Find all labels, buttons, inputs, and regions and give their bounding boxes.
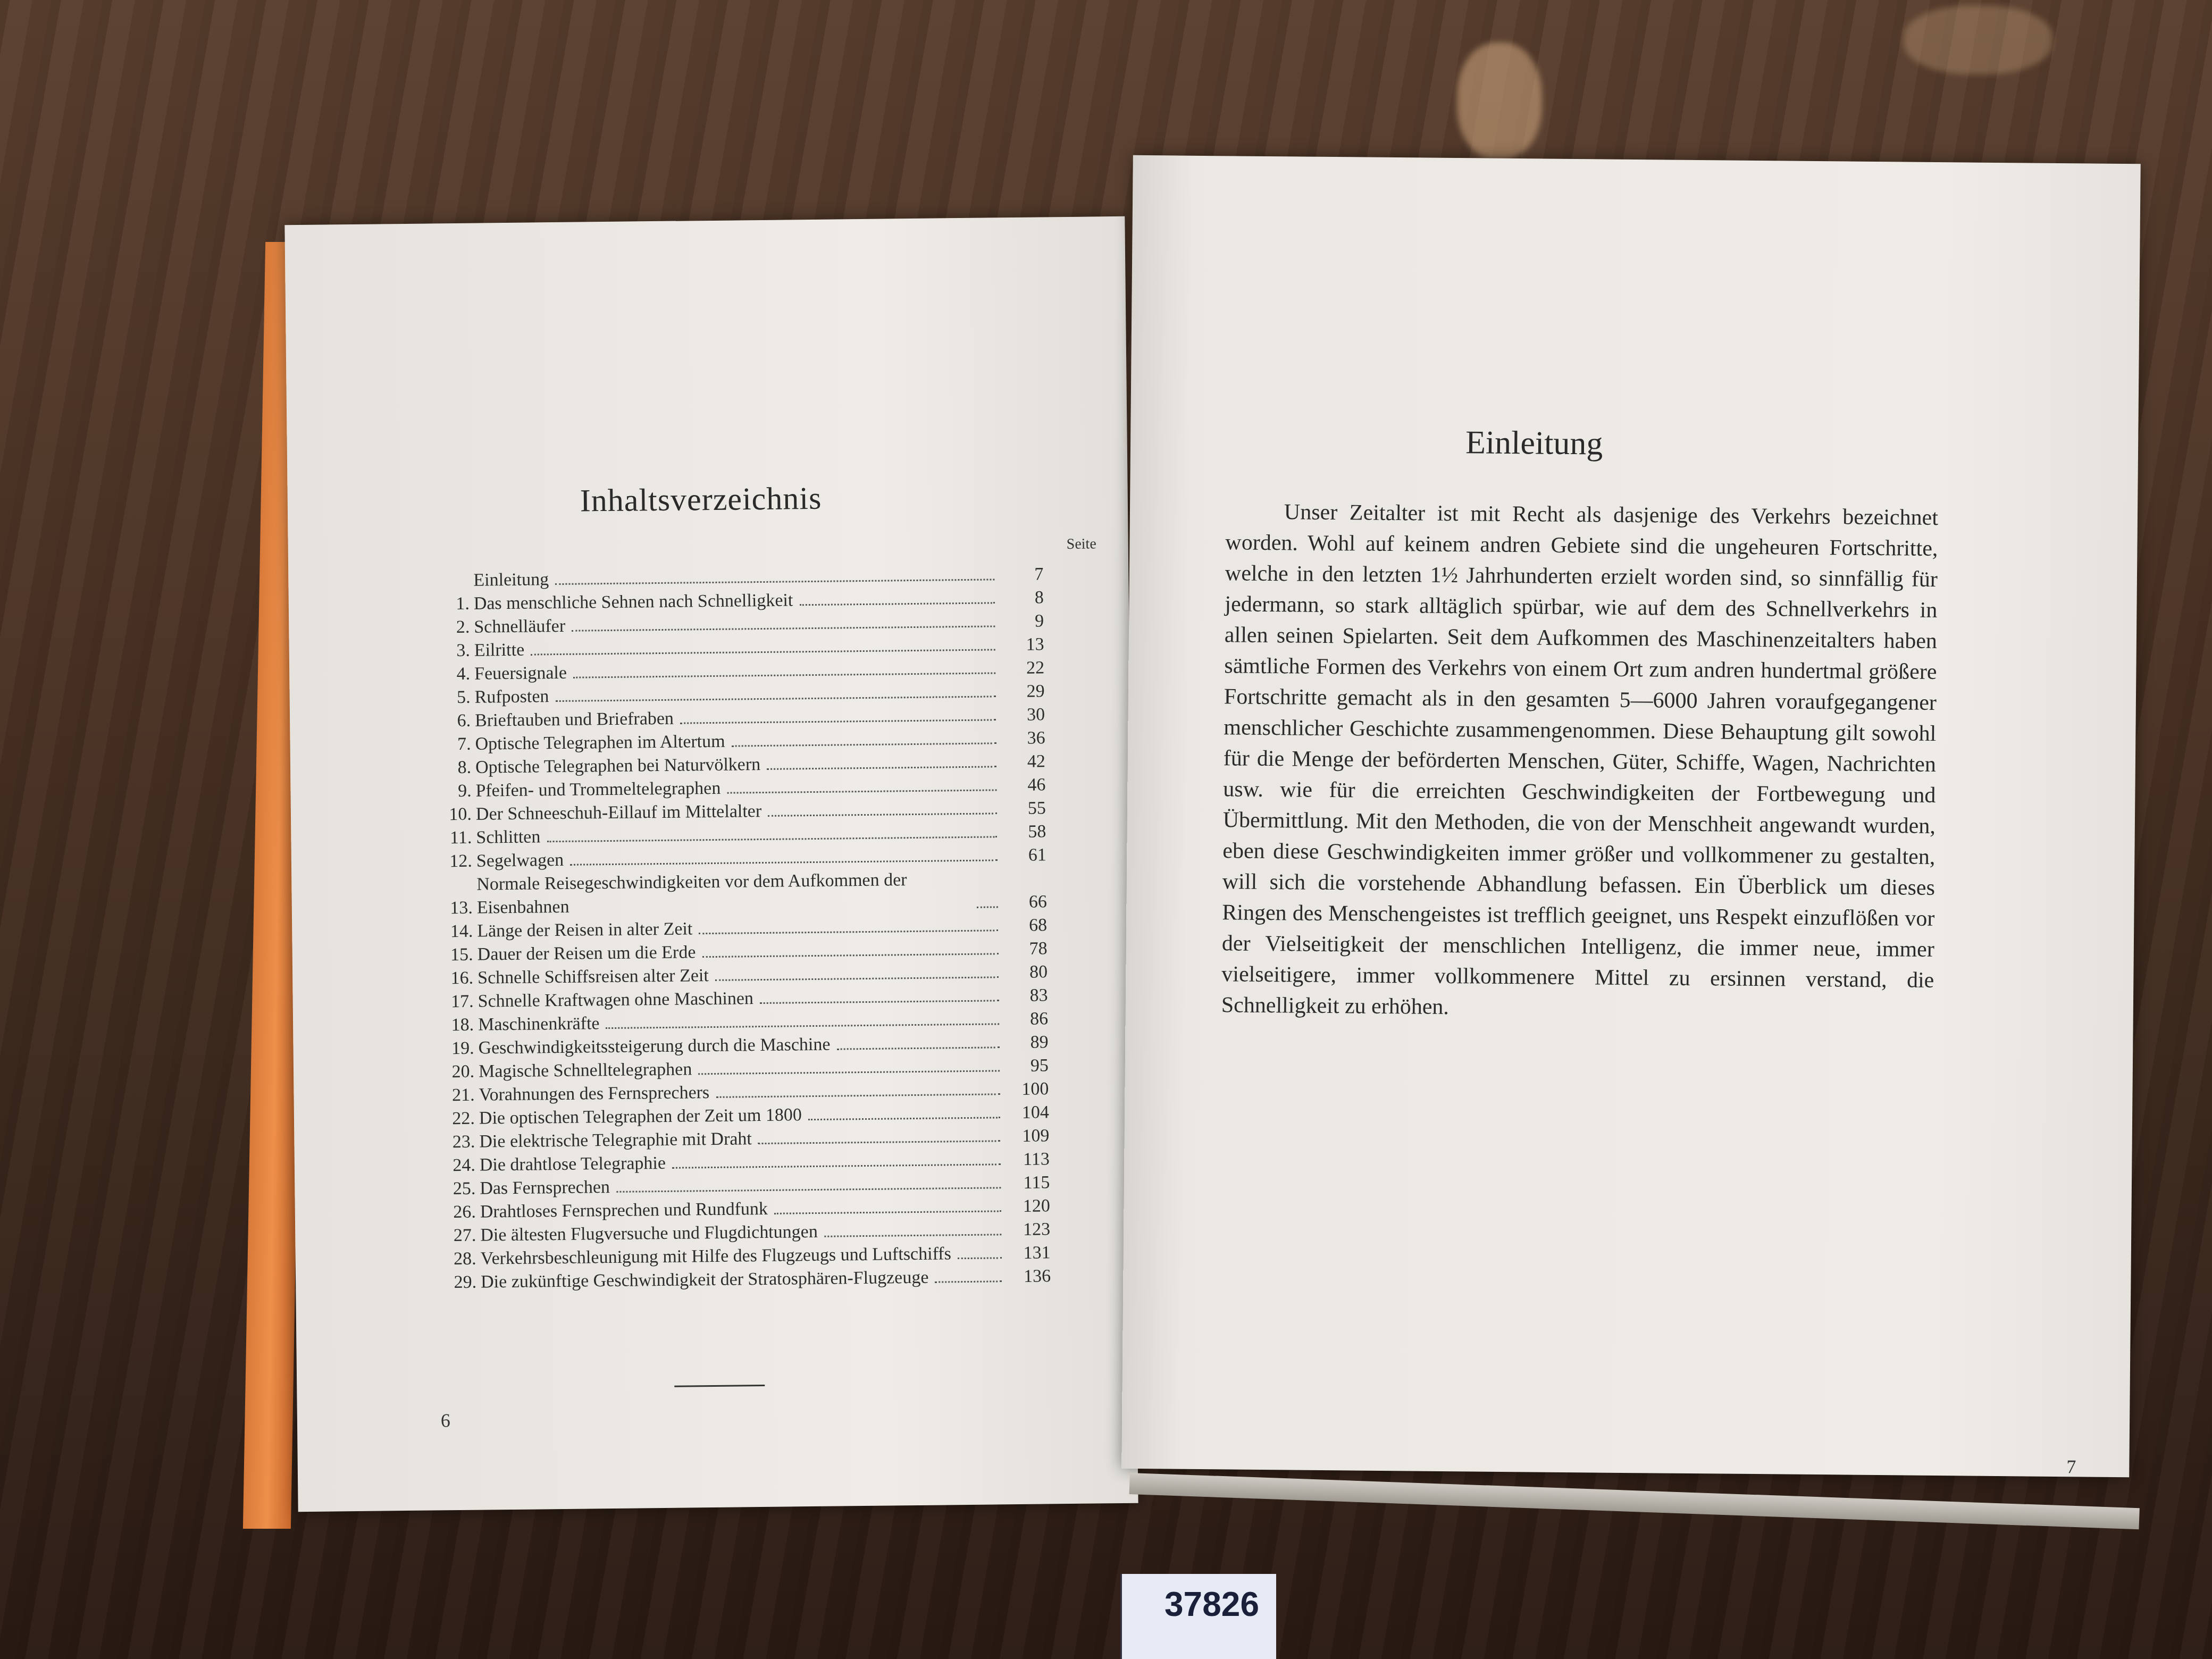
toc-entry-title: Dauer der Reisen um die Erde [477,941,696,966]
toc-entry-title: Rufposten [474,685,549,709]
toc-entry-title: Brieftauben und Briefraben [475,707,674,733]
toc-leader-dots [774,1210,1001,1214]
toc-entry-title: Die elektrische Telegraphie mit Draht [479,1127,752,1153]
toc-entry-page: 78 [1004,937,1047,961]
table-surface-mark [1904,5,2052,74]
toc-entry-page: 83 [1005,984,1048,1008]
inventory-label: 37826 [1120,1574,1276,1659]
toc-entry-number: 18. [447,1013,474,1037]
right-page-introduction: Einleitung Unser Zeitalter ist mit Recht… [1121,155,2140,1477]
toc-entry-title: Die optischen Telegraphen der Zeit um 18… [479,1103,802,1130]
toc-entry-title: Die drahtlose Telegraphie [480,1152,666,1177]
toc-leader-dots [824,1234,1001,1237]
toc-leader-dots [556,696,996,702]
toc-entry-page: 30 [1002,703,1045,727]
toc-leader-dots [808,1117,1000,1120]
toc-entry-page: 123 [1008,1218,1050,1242]
toc-entry-page: 9 [1001,609,1044,633]
toc-entry-page: 46 [1003,773,1045,797]
toc-entry-title: Länge der Reisen in alter Zeit [477,917,692,943]
toc-entry-number: 14. [446,920,473,944]
toc-entry-page: 13 [1001,633,1044,657]
toc-leader-dots [732,742,996,747]
toc-entry-page: 36 [1002,726,1045,750]
toc-entry-title: Schnelläufer [474,615,565,639]
toc-entry-page: 115 [1007,1171,1050,1195]
toc-entry-number: 10. [445,803,472,827]
toc-entry-title: Geschwindigkeitssteigerung durch die Mas… [478,1033,830,1060]
toc-entry-page: 120 [1008,1194,1050,1218]
toc-entry-page: 8 [1001,586,1044,610]
toc-leader-dots [572,625,995,631]
toc-leader-dots [799,602,995,606]
toc-entry: 13.Normale Reisegeschwindigkeiten vor de… [446,867,1047,920]
toc-entry-number: 1. [443,592,470,616]
toc-entry-title: Vorahnungen des Fernsprechers [479,1081,709,1107]
toc-entry-page: 29 [1002,680,1044,703]
toc-leader-dots [837,1046,1000,1050]
toc-entry-number: 23. [448,1130,475,1154]
toc-entry-number: 22. [448,1107,475,1131]
toc-entry-title: Optische Telegraphen im Altertum [475,730,725,756]
toc-entry-number: 9. [445,780,471,803]
toc-entry-title: Eilritte [474,639,525,663]
toc-leader-dots [672,1163,1001,1168]
toc-leader-dots [715,976,999,981]
toc-leader-dots [547,836,997,842]
toc-entry-title: Maschinenkräfte [478,1012,600,1036]
toc-entry-title: Das Fernsprechen [480,1176,610,1201]
toc-entry-number: 12. [446,850,472,874]
toc-entry-number: 4. [443,663,470,686]
toc-entry-page: 131 [1008,1241,1050,1265]
toc-leader-dots [958,1257,1002,1259]
toc-entry-page: 86 [1006,1007,1048,1031]
toc-entry-number: 27. [449,1224,476,1248]
toc-entry-number: 17. [447,990,473,1014]
inventory-number: 37826 [1164,1585,1259,1624]
toc-leader-dots [727,789,996,793]
toc-entry-number: 26. [449,1201,476,1225]
toc-entry-title: Segelwagen [476,849,564,873]
toc-leader-dots [758,1140,1001,1144]
page-number-right: 7 [2066,1455,2076,1478]
toc-leader-dots [702,953,999,958]
toc-entry-number: 8. [445,756,471,780]
toc-leader-dots [760,1000,999,1004]
toc-entry-page: 58 [1003,820,1046,844]
toc-entry-title: Schlitten [476,825,540,849]
toc-entry-page: 80 [1005,960,1048,984]
toc-heading: Inhaltsverzeichnis [580,480,822,520]
toc-entry-page: 109 [1007,1124,1049,1148]
toc-entry-number: 5. [443,686,470,710]
table-surface-mark [1457,43,1542,160]
toc-entry-page: 136 [1008,1264,1051,1288]
toc-entry-title: Das menschliche Sehnen nach Schnelligkei… [474,589,793,615]
page-stack-edge [1129,1473,2140,1529]
toc-entry-page: 113 [1007,1147,1050,1171]
toc-entry-number: 28. [450,1247,476,1271]
toc-entry-number: 13. [446,896,473,920]
toc-entry-number: 16. [447,967,473,991]
toc-entry-title: Feuersignale [474,661,567,686]
toc-entry-title: Schnelle Schiffsreisen alter Zeit [477,964,709,990]
toc-entry-title: Schnelle Kraftwagen ohne Maschinen [477,987,753,1013]
toc-entry-page: 42 [1003,750,1045,774]
intro-paragraph: Unser Zeitalter ist mit Recht als dasjen… [1221,496,1939,1027]
toc-leader-dots [977,906,998,908]
toc-entry-page: 104 [1007,1101,1049,1125]
toc-leader-dots [680,719,996,724]
toc-entry-title: Drahtloses Fernsprechen und Rundfunk [480,1197,768,1224]
page-number-left: 6 [441,1409,450,1431]
toc-leader-dots [716,1093,1000,1098]
toc-entry-number: 29. [450,1271,476,1295]
toc-entry-title: Normale Reisegeschwindigkeiten vor dem A… [476,868,970,920]
toc-entry-number: 7. [444,733,471,757]
toc-entry-number: 21. [448,1084,474,1108]
toc-leader-dots [767,766,996,770]
toc-entry-title: Einleitung [473,568,549,592]
toc-entry-page: 22 [1002,656,1044,680]
toc-entry-page: 100 [1006,1077,1049,1101]
toc-entry-number: 25. [449,1177,475,1201]
toc-entry-number: 20. [448,1060,474,1084]
toc-entry-number: 15. [447,943,473,967]
toc-entry-title: Der Schneeschuh-Eillauf im Mittelalter [476,800,762,826]
toc-entry-number: 24. [449,1154,475,1178]
toc-leader-dots [616,1187,1001,1193]
section-divider [674,1385,765,1387]
toc-entry-title: Optische Telegraphen bei Naturvölkern [475,753,761,780]
toc-leader-dots [698,1070,1000,1075]
toc-leader-dots [606,1023,1000,1029]
toc-entry-page: 7 [1001,563,1043,586]
toc-leader-dots [935,1280,1002,1283]
left-page-table-of-contents: Inhaltsverzeichnis Seite Einleitung71.Da… [284,216,1138,1512]
toc-entry-number: 2. [443,616,470,640]
toc-leader-dots [531,649,995,655]
toc-entry-number: 11. [445,826,472,850]
toc-entry-page: 68 [1004,914,1047,937]
intro-heading: Einleitung [1465,424,1603,463]
toc-entry-title: Die zukünftige Geschwindigkeit der Strat… [481,1266,929,1294]
toc-entry-page: 89 [1006,1030,1048,1054]
toc-entry-number: 19. [447,1037,474,1061]
toc-entry-number: 6. [444,709,471,733]
toc-page-column-label: Seite [1067,535,1096,553]
toc-entry-title: Die ältesten Flugversuche und Flugdichtu… [480,1220,818,1247]
toc-leader-dots [570,859,998,865]
toc-leader-dots [555,579,994,585]
toc-list: Einleitung71.Das menschliche Sehnen nach… [442,563,1051,1294]
toc-entry-page: 55 [1003,797,1046,820]
toc-leader-dots [573,672,995,678]
toc-entry-page: 95 [1006,1054,1049,1078]
toc-entry-page: 66 [1004,890,1047,914]
toc-entry-page: 61 [1004,843,1046,867]
toc-entry-title: Magische Schnelltelegraphen [479,1058,692,1083]
toc-entry-title: Pfeifen- und Trommeltelegraphen [475,777,720,803]
toc-leader-dots [699,929,998,934]
toc-entry-number: 3. [443,639,470,663]
toc-leader-dots [768,812,997,817]
